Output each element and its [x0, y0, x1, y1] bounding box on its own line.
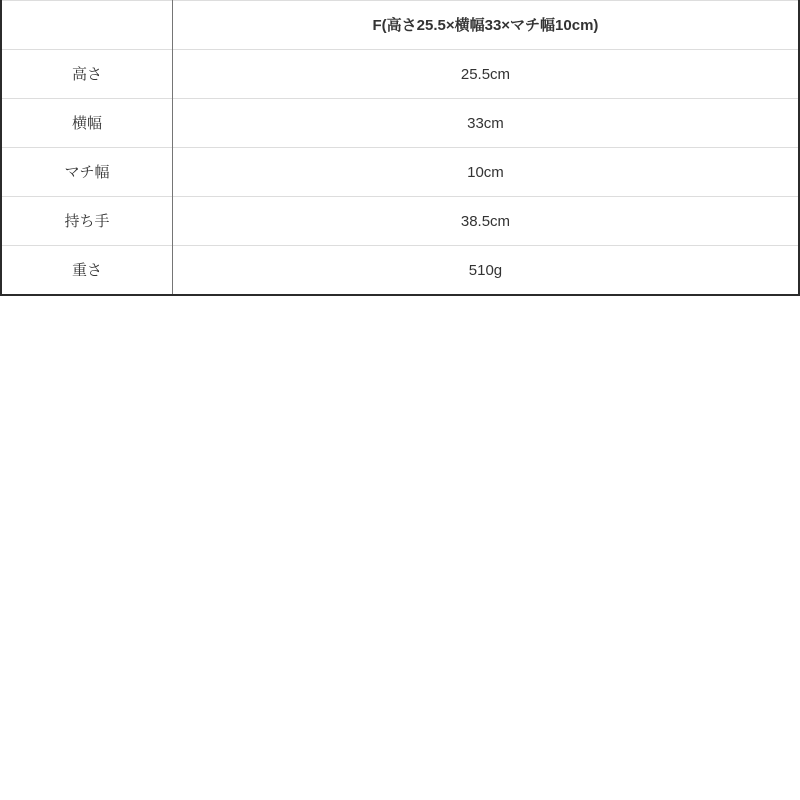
spec-value-handle: 38.5cm: [172, 197, 799, 246]
size-header-cell: F(高さ25.5×横幅33×マチ幅10cm): [172, 1, 799, 50]
spec-value-weight: 510g: [172, 246, 799, 296]
spec-label-height: 高さ: [1, 50, 172, 99]
table-row: マチ幅 10cm: [1, 148, 799, 197]
spec-value-width: 33cm: [172, 99, 799, 148]
table-row: 高さ 25.5cm: [1, 50, 799, 99]
size-spec-table: F(高さ25.5×横幅33×マチ幅10cm) 高さ 25.5cm 横幅 33cm…: [0, 0, 800, 296]
spec-label-handle: 持ち手: [1, 197, 172, 246]
spec-value-height: 25.5cm: [172, 50, 799, 99]
spec-label-weight: 重さ: [1, 246, 172, 296]
table-header-row: F(高さ25.5×横幅33×マチ幅10cm): [1, 1, 799, 50]
size-header-corner-cell: [1, 1, 172, 50]
table-row: 持ち手 38.5cm: [1, 197, 799, 246]
spec-label-gusset: マチ幅: [1, 148, 172, 197]
product-spec-page: F(高さ25.5×横幅33×マチ幅10cm) 高さ 25.5cm 横幅 33cm…: [0, 0, 800, 800]
spec-label-width: 横幅: [1, 99, 172, 148]
table-row: 重さ 510g: [1, 246, 799, 296]
spec-value-gusset: 10cm: [172, 148, 799, 197]
table-row: 横幅 33cm: [1, 99, 799, 148]
